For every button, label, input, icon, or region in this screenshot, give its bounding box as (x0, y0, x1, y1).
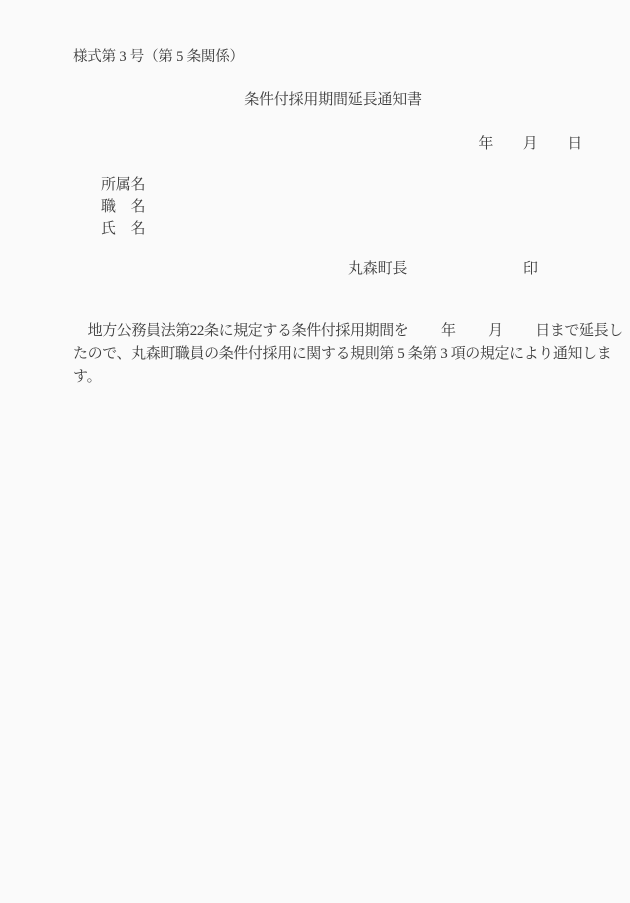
body-paragraph-line-1: 地方公務員法第22条に規定する条件付採用期間を 年 月 日まで延長し (73, 324, 623, 339)
seal-mark: 印 (523, 262, 538, 277)
person-name-label: 氏 名 (101, 222, 145, 237)
body-paragraph-line-3: す。 (73, 370, 101, 385)
body-paragraph-line-2: たので、丸森町職員の条件付採用に関する規則第 5 条第 3 項の規定により通知し… (73, 347, 611, 362)
mayor-signature-line: 丸森町長 (348, 262, 407, 277)
date-blank-line: 年 月 日 (478, 137, 582, 152)
document-title: 条件付採用期間延長通知書 (73, 93, 593, 108)
position-name-label: 職 名 (101, 200, 145, 215)
form-number: 様式第 3 号（第 5 条関係） (73, 50, 244, 65)
department-name-label: 所属名 (101, 178, 145, 193)
document-page: 様式第 3 号（第 5 条関係） 条件付採用期間延長通知書 年 月 日 所属名 … (0, 0, 630, 903)
